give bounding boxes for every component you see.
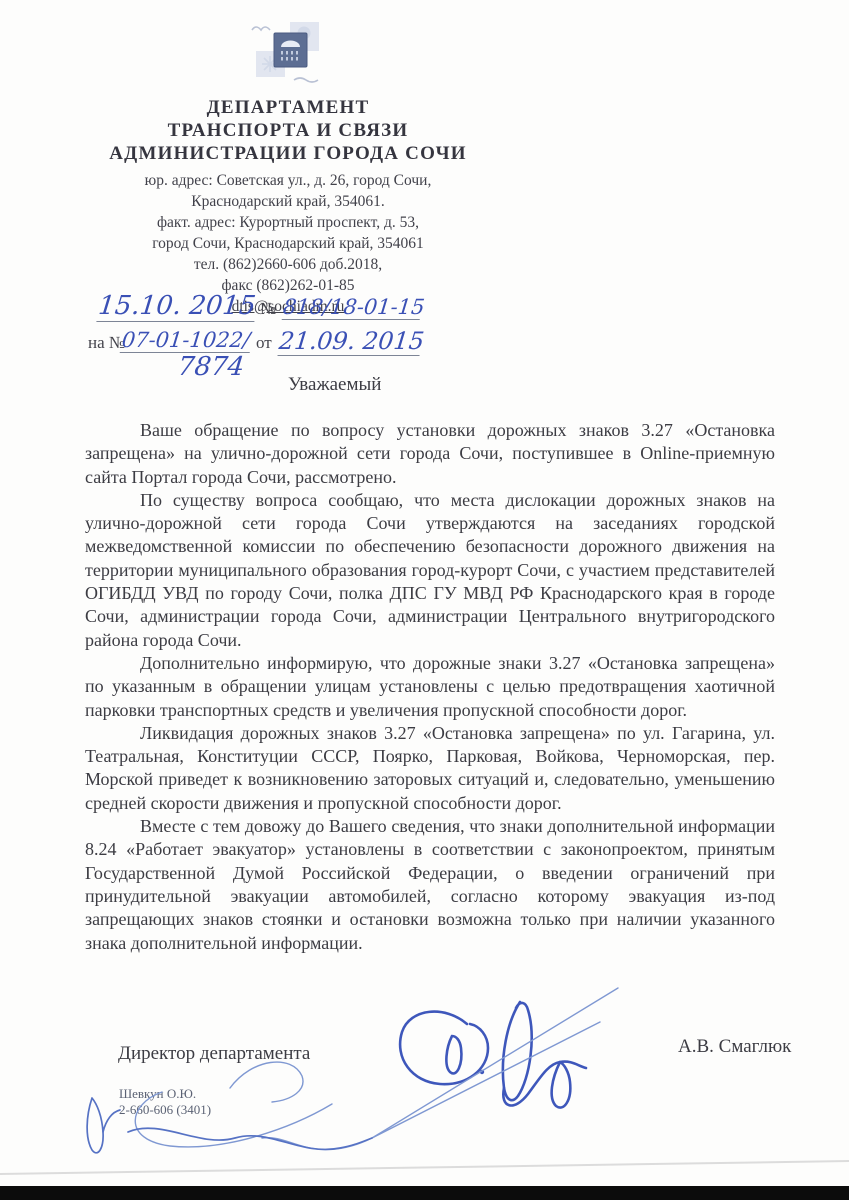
letterhead: ДЕПАРТАМЕНТ ТРАНСПОРТА И СВЯЗИ АДМИНИСТР… (82, 20, 494, 317)
body-paragraph: Ваше обращение по вопросу установки доро… (85, 419, 775, 489)
incoming-date-handwritten: 21.09. 2015 (277, 327, 422, 356)
body-paragraph: Ликвидация дорожных знаков 3.27 «Останов… (85, 722, 775, 815)
address-line: юр. адрес: Советская ул., д. 26, город С… (82, 170, 494, 191)
body-paragraph: Вместе с тем довожу до Вашего сведения, … (85, 815, 775, 955)
letter-body: Ваше обращение по вопросу установки доро… (85, 419, 775, 955)
executor-phone: 2-660-606 (3401) (119, 1102, 211, 1118)
logo-wrap (82, 20, 494, 88)
outgoing-date-handwritten: 15.10. 2015 (96, 291, 257, 322)
sochi-emblem-icon (244, 20, 332, 86)
executor-info: Шевкун О.Ю. 2-660-606 (3401) (119, 1086, 211, 1118)
reply-from-label: от (256, 333, 272, 353)
letterhead-title-line3: АДМИНИСТРАЦИИ ГОРОДА СОЧИ (82, 142, 494, 165)
address-line: тел. (862)2660-606 доб.2018, (82, 254, 494, 275)
body-paragraph: Дополнительно информирую, что дорожные з… (85, 652, 775, 722)
signer-position: Директор департамента (118, 1043, 310, 1065)
scan-bottom-bar (0, 1186, 849, 1200)
incoming-number-handwritten: 07-01-1022/ (120, 328, 253, 353)
scanned-letter-page: ДЕПАРТАМЕНТ ТРАНСПОРТА И СВЯЗИ АДМИНИСТР… (0, 0, 849, 1200)
salutation: Уважаемый (288, 374, 381, 396)
signer-name: А.В. Смаглюк (678, 1036, 791, 1058)
address-line: город Сочи, Краснодарский край, 354061 (82, 233, 494, 254)
executor-name: Шевкун О.Ю. (119, 1086, 211, 1102)
scan-edge-line (0, 1161, 849, 1174)
body-paragraph: По существу вопроса сообщаю, что места д… (85, 489, 775, 652)
outgoing-number-handwritten: 818/18-01-15 (282, 295, 423, 320)
letterhead-title-line2: ТРАНСПОРТА И СВЯЗИ (82, 119, 494, 142)
address-line: факт. адрес: Курортный проспект, д. 53, (82, 212, 494, 233)
number-sign-label: № (260, 299, 276, 319)
letterhead-title: ДЕПАРТАМЕНТ ТРАНСПОРТА И СВЯЗИ АДМИНИСТР… (82, 96, 494, 165)
letterhead-title-line1: ДЕПАРТАМЕНТ (82, 96, 494, 119)
address-line: Краснодарский край, 354061. (82, 191, 494, 212)
extra-number-handwritten: 7874 (176, 352, 245, 382)
